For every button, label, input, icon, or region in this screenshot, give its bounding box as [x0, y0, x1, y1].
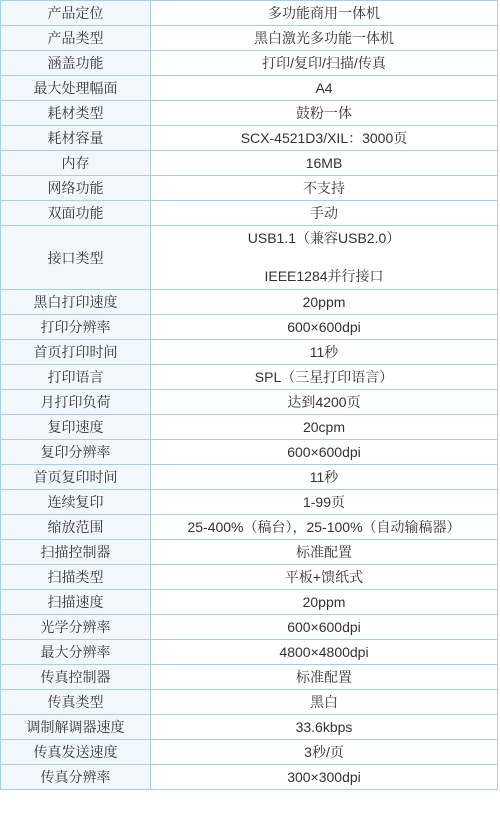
spec-value: 600×600dpi	[151, 615, 498, 640]
spec-value: 标准配置	[151, 665, 498, 690]
spec-label: 连续复印	[1, 490, 151, 515]
spec-label: 传真分辨率	[1, 765, 151, 790]
spec-value: 20cpm	[151, 415, 498, 440]
spec-value: USB1.1（兼容USB2.0） IEEE1284并行接口	[151, 226, 498, 290]
spec-label: 调制解调器速度	[1, 715, 151, 740]
spec-value: 16MB	[151, 151, 498, 176]
spec-label: 打印语言	[1, 365, 151, 390]
spec-label: 最大处理幅面	[1, 76, 151, 101]
spec-value: 不支持	[151, 176, 498, 201]
table-row: 光学分辨率 600×600dpi	[1, 615, 498, 640]
spec-label: 复印分辨率	[1, 440, 151, 465]
spec-value: A4	[151, 76, 498, 101]
table-row: 复印速度 20cpm	[1, 415, 498, 440]
table-row: 耗材类型 鼓粉一体	[1, 101, 498, 126]
spec-label: 传真控制器	[1, 665, 151, 690]
table-row: 打印语言 SPL（三星打印语言）	[1, 365, 498, 390]
table-row: 打印分辨率 600×600dpi	[1, 315, 498, 340]
table-row: 双面功能 手动	[1, 201, 498, 226]
spec-label: 复印速度	[1, 415, 151, 440]
table-row: 网络功能 不支持	[1, 176, 498, 201]
spec-table: 产品定位 多功能商用一体机 产品类型 黑白激光多功能一体机 涵盖功能 打印/复印…	[0, 0, 498, 790]
table-row: 复印分辨率 600×600dpi	[1, 440, 498, 465]
table-row: 扫描控制器 标准配置	[1, 540, 498, 565]
spec-label: 缩放范围	[1, 515, 151, 540]
table-row: 传真发送速度 3秒/页	[1, 740, 498, 765]
spec-value: 11秒	[151, 465, 498, 490]
spec-value: 黑白	[151, 690, 498, 715]
spec-label: 最大分辨率	[1, 640, 151, 665]
spec-value: 4800×4800dpi	[151, 640, 498, 665]
spec-value: 600×600dpi	[151, 315, 498, 340]
spec-label: 首页复印时间	[1, 465, 151, 490]
table-row: 黑白打印速度 20ppm	[1, 290, 498, 315]
spec-label: 传真发送速度	[1, 740, 151, 765]
spec-label: 产品定位	[1, 1, 151, 26]
spec-value: 11秒	[151, 340, 498, 365]
table-row: 传真类型 黑白	[1, 690, 498, 715]
spec-label: 双面功能	[1, 201, 151, 226]
spec-value: SPL（三星打印语言）	[151, 365, 498, 390]
spec-label: 内存	[1, 151, 151, 176]
table-row: 月打印负荷 达到4200页	[1, 390, 498, 415]
spec-value: 300×300dpi	[151, 765, 498, 790]
spec-label: 黑白打印速度	[1, 290, 151, 315]
table-row: 最大处理幅面 A4	[1, 76, 498, 101]
spec-value: 达到4200页	[151, 390, 498, 415]
table-row: 扫描速度 20ppm	[1, 590, 498, 615]
spec-value: SCX-4521D3/XIL：3000页	[151, 126, 498, 151]
spec-value: 打印/复印/扫描/传真	[151, 51, 498, 76]
spec-value: 20ppm	[151, 590, 498, 615]
table-row: 连续复印 1-99页	[1, 490, 498, 515]
spec-value: 标准配置	[151, 540, 498, 565]
spec-value: 20ppm	[151, 290, 498, 315]
spec-value: 25-400%（稿台），25-100%（自动输稿器）	[151, 515, 498, 540]
spec-value: 600×600dpi	[151, 440, 498, 465]
table-row: 缩放范围 25-400%（稿台），25-100%（自动输稿器）	[1, 515, 498, 540]
table-row: 传真分辨率 300×300dpi	[1, 765, 498, 790]
spec-label: 涵盖功能	[1, 51, 151, 76]
spec-value: 33.6kbps	[151, 715, 498, 740]
spec-value: 平板+馈纸式	[151, 565, 498, 590]
spec-label: 产品类型	[1, 26, 151, 51]
table-row: 传真控制器 标准配置	[1, 665, 498, 690]
spec-value: 手动	[151, 201, 498, 226]
table-row: 调制解调器速度 33.6kbps	[1, 715, 498, 740]
spec-value: 黑白激光多功能一体机	[151, 26, 498, 51]
spec-label: 耗材类型	[1, 101, 151, 126]
spec-label: 首页打印时间	[1, 340, 151, 365]
spec-label: 接口类型	[1, 226, 151, 290]
table-row: 最大分辨率 4800×4800dpi	[1, 640, 498, 665]
spec-label: 耗材容量	[1, 126, 151, 151]
spec-value: 鼓粉一体	[151, 101, 498, 126]
spec-value: 3秒/页	[151, 740, 498, 765]
table-row: 耗材容量 SCX-4521D3/XIL：3000页	[1, 126, 498, 151]
spec-label: 光学分辨率	[1, 615, 151, 640]
table-row: 涵盖功能 打印/复印/扫描/传真	[1, 51, 498, 76]
spec-value: 1-99页	[151, 490, 498, 515]
table-row: 产品类型 黑白激光多功能一体机	[1, 26, 498, 51]
spec-value: 多功能商用一体机	[151, 1, 498, 26]
spec-label: 网络功能	[1, 176, 151, 201]
table-row: 内存 16MB	[1, 151, 498, 176]
spec-label: 打印分辨率	[1, 315, 151, 340]
table-row: 首页打印时间 11秒	[1, 340, 498, 365]
table-row: 首页复印时间 11秒	[1, 465, 498, 490]
spec-label: 扫描控制器	[1, 540, 151, 565]
spec-label: 扫描类型	[1, 565, 151, 590]
table-row: 接口类型 USB1.1（兼容USB2.0） IEEE1284并行接口	[1, 226, 498, 290]
spec-label: 扫描速度	[1, 590, 151, 615]
table-row: 产品定位 多功能商用一体机	[1, 1, 498, 26]
table-row: 扫描类型 平板+馈纸式	[1, 565, 498, 590]
spec-label: 传真类型	[1, 690, 151, 715]
spec-label: 月打印负荷	[1, 390, 151, 415]
